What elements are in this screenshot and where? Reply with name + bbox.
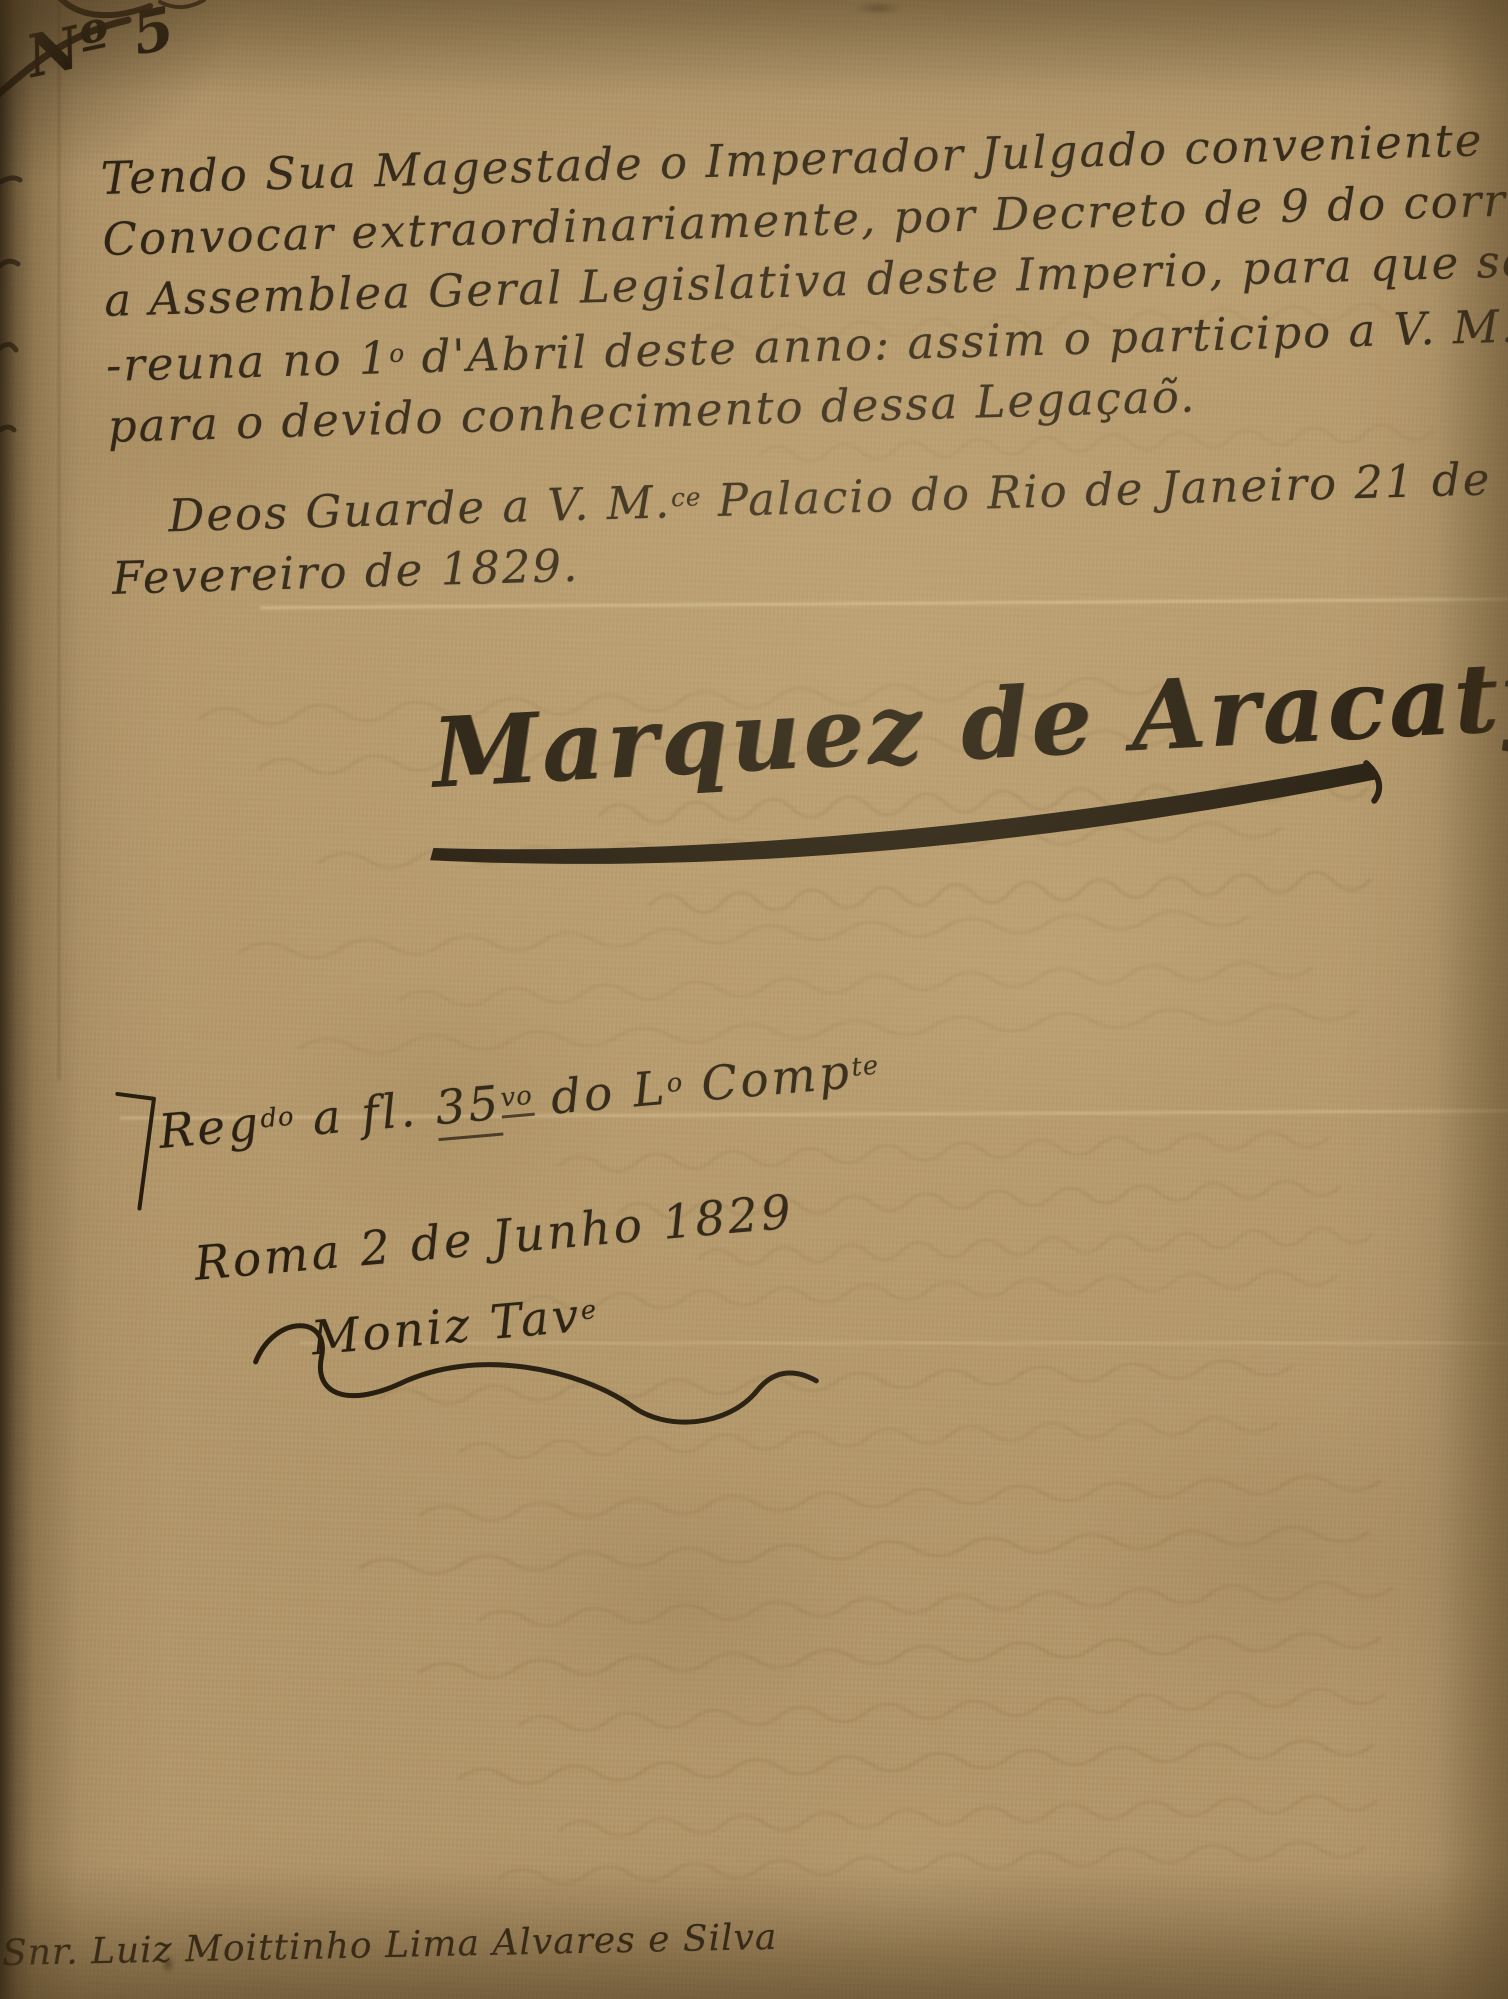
registration-bracket-mark xyxy=(109,1081,180,1218)
manuscript-page: Nº 5 Tendo Sua Magestade o Imperador Jul… xyxy=(0,0,1508,1999)
ink-smudge xyxy=(846,0,910,16)
letter-body: Tendo Sua Magestade o Imperador Julgado … xyxy=(100,109,1508,609)
corner-ink-strokes xyxy=(0,0,220,130)
edge-ink-marks xyxy=(0,168,30,468)
